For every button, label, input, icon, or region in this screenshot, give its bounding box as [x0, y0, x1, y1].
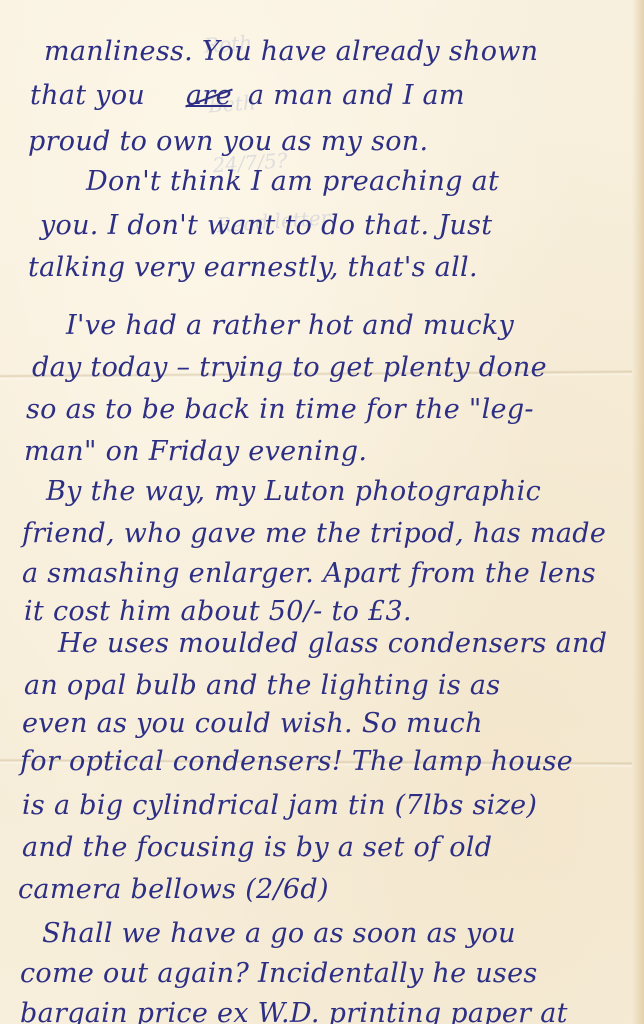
- handwritten-line: and the focusing is by a set of old: [22, 832, 492, 863]
- handwritten-line: is a big cylindrical jam tin (7lbs size): [22, 790, 537, 821]
- handwritten-line: man" on Friday evening.: [24, 436, 367, 467]
- struck-word: are: [186, 80, 232, 111]
- handwritten-line: for optical condensers! The lamp house: [20, 746, 573, 777]
- handwritten-line: camera bellows (2/6d): [18, 874, 329, 905]
- handwritten-line: manliness. You have already shown: [44, 36, 538, 67]
- handwritten-line: Shall we have a go as soon as you: [42, 918, 516, 949]
- handwritten-line: an opal bulb and the lighting is as: [24, 670, 500, 701]
- handwritten-line: proud to own you as my son.: [28, 126, 428, 157]
- handwritten-line: friend, who gave me the tripod, has made: [22, 518, 606, 549]
- handwritten-line: a smashing enlarger. Apart from the lens: [22, 558, 596, 589]
- paper-edge: [632, 0, 644, 1024]
- handwritten-line: you. I don't want to do that. Just: [40, 210, 492, 241]
- handwritten-line: talking very earnestly, that's all.: [28, 252, 478, 283]
- handwritten-line: are: [186, 80, 232, 111]
- handwritten-text-body: manliness. You have already shownthat yo…: [0, 0, 632, 1024]
- handwritten-line: so as to be back in time for the "leg-: [26, 394, 534, 425]
- handwritten-line: that you: [30, 80, 145, 111]
- handwritten-line: come out again? Incidentally he uses: [20, 958, 538, 989]
- handwritten-line: He uses moulded glass condensers and: [58, 628, 607, 659]
- handwritten-line: bargain price ex W.D. printing paper at: [20, 998, 568, 1024]
- handwritten-line: it cost him about 50/- to £3.: [24, 596, 412, 627]
- handwritten-line: a man and I am: [248, 80, 465, 111]
- handwritten-line: day today – trying to get plenty done: [32, 352, 547, 383]
- handwritten-line: I've had a rather hot and mucky: [66, 310, 514, 341]
- handwritten-line: Don't think I am preaching at: [86, 166, 499, 197]
- handwritten-line: even as you could wish. So much: [22, 708, 483, 739]
- letter-page: Roth Beth 24/7/5? Read letter manliness.…: [0, 0, 644, 1024]
- handwritten-line: By the way, my Luton photographic: [46, 476, 541, 507]
